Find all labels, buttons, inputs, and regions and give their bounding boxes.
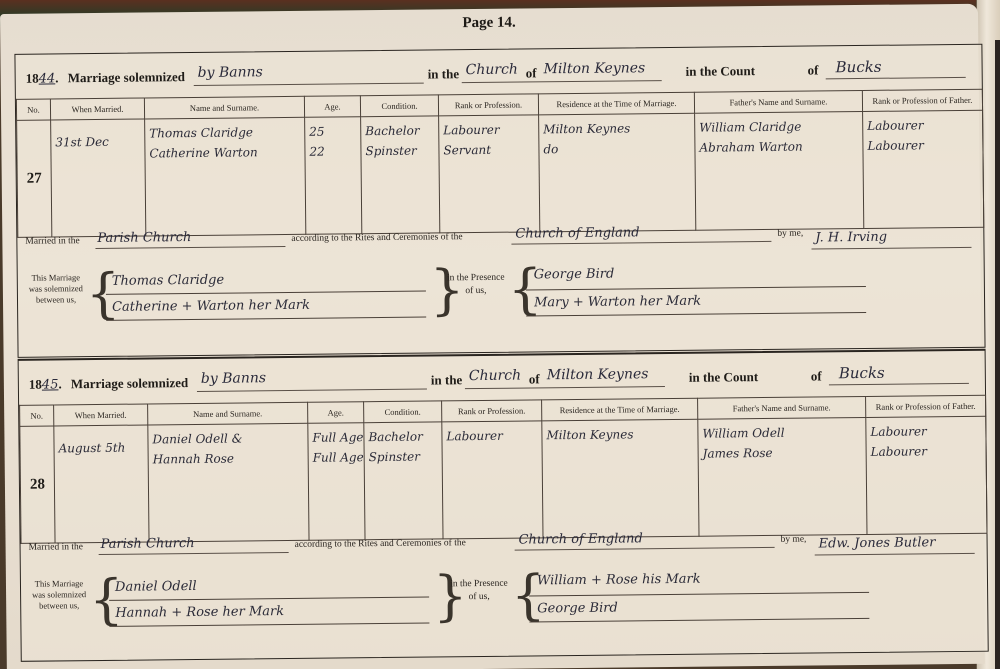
cell-line: Labourer (446, 425, 537, 446)
cell-line: William Odell (702, 422, 861, 444)
rites-of: Church of England (515, 225, 639, 241)
record-header: 1844. Marriage solemnized by Banns in th… (26, 57, 966, 93)
building: Church (466, 62, 518, 79)
cell-line: Labourer (867, 115, 978, 136)
label-by-me: by me, (777, 229, 803, 239)
cell-line: Labourer (443, 119, 534, 140)
label-county: in the Count (686, 63, 756, 80)
officiant: Edw. Jones Butler (819, 535, 936, 551)
cell-line: Bachelor (368, 426, 437, 447)
label-of: of (526, 65, 537, 81)
cell-line: Labourer (871, 441, 982, 462)
column-header: Rank or Profession. (442, 400, 542, 422)
cell-line: Full Age (313, 447, 360, 467)
names: Daniel Odell &Hannah Rose (148, 423, 309, 542)
cell-line: do (543, 138, 690, 160)
column-header: No. (16, 99, 50, 120)
witness-signature: George Bird (534, 267, 615, 283)
cell-line: Full Age (312, 427, 359, 447)
parish: Milton Keynes (547, 366, 649, 383)
column-header: Name and Surname. (144, 96, 304, 119)
cell-line: Milton Keynes (546, 424, 693, 446)
label-married-in: Married in the (29, 542, 83, 553)
fathers: William ClaridgeAbraham Warton (695, 111, 864, 230)
column-header: Age. (308, 402, 364, 424)
cell-line: Abraham Warton (699, 136, 858, 158)
cell-line: Thomas Claridge (149, 122, 300, 144)
party-signature: Catherine + Warton her Mark (112, 298, 310, 315)
fathers: William OdellJames Rose (698, 417, 867, 536)
married-in: Parish Church (100, 536, 194, 552)
cell-line: Bachelor (365, 120, 434, 141)
rites-of: Church of England (518, 531, 642, 547)
label-in-the: in the (428, 66, 460, 82)
party-signature: Daniel Odell (115, 579, 197, 595)
label-county-of: of (811, 368, 822, 384)
cell-line: Spinster (365, 140, 434, 161)
marriage-record-28: 1845. Marriage solemnized by Banns in th… (18, 349, 989, 662)
label-solemnized: Marriage solemnized (71, 375, 188, 392)
label-county: in the Count (689, 369, 759, 386)
table-row: 28 August 5th Daniel Odell &Hannah Rose … (20, 416, 987, 543)
cell-line: Milton Keynes (543, 118, 690, 140)
label-this-marriage: This Marriage was solemnized between us, (29, 578, 89, 612)
year: 1844. (26, 70, 59, 86)
witness-signature: George Bird (537, 601, 618, 617)
father-ranks: LabourerLabourer (863, 110, 984, 228)
solemnized-by: by Banns (201, 370, 266, 387)
cell-line: 25 (309, 121, 356, 141)
label-according-to: according to the Rites and Ceremonies of… (291, 232, 462, 244)
register-page: Page 14. 1844. Marriage solemnized by Ba… (0, 4, 985, 669)
label-in-presence: in the Presence of us, (446, 272, 506, 299)
county: Bucks (836, 58, 882, 76)
parish: Milton Keynes (544, 60, 646, 77)
names: Thomas ClaridgeCatherine Warton (145, 117, 306, 236)
ages: 2522 (305, 117, 362, 235)
column-header: When Married. (50, 98, 144, 120)
county: Bucks (839, 364, 885, 382)
column-header: Rank or Profession. (438, 94, 538, 116)
column-header: Condition. (360, 95, 438, 117)
year: 1845. (29, 376, 62, 392)
ranks: LabourerServant (439, 115, 540, 233)
conditions: BachelorSpinster (364, 422, 443, 540)
column-header: Residence at the Time of Marriage. (538, 92, 694, 115)
table-row: 27 31st Dec Thomas ClaridgeCatherine War… (17, 110, 984, 237)
residences: Milton Keynes (542, 419, 699, 538)
label-in-presence: in the Presence of us, (449, 578, 509, 605)
column-header: Condition. (364, 401, 442, 423)
cell-line: Servant (443, 139, 534, 160)
cell-line: Catherine Warton (149, 142, 300, 164)
cell-line: Labourer (867, 135, 978, 156)
column-header: When Married. (54, 404, 148, 426)
column-header: Rank or Profession of Father. (862, 89, 982, 111)
father-ranks: LabourerLabourer (866, 416, 987, 534)
label-according-to: according to the Rites and Ceremonies of… (295, 538, 466, 550)
married-in: Parish Church (97, 230, 191, 246)
label-married-in: Married in the (25, 236, 79, 247)
label-in-the: in the (431, 372, 463, 388)
signatures: This Marriage was solemnized between us,… (26, 259, 977, 339)
cell-line: William Claridge (699, 116, 858, 138)
witness-signature: Mary + Warton her Mark (534, 294, 701, 311)
page-title: Page 14. (0, 10, 978, 37)
label-of: of (529, 371, 540, 387)
entry-number: 27 (17, 120, 52, 237)
solemnized-by: by Banns (198, 64, 263, 81)
conditions: BachelorSpinster (361, 116, 440, 234)
label-this-marriage: This Marriage was solemnized between us, (26, 272, 86, 306)
label-county-of: of (808, 62, 819, 78)
register-table: No.When Married.Name and Surname.Age.Con… (19, 395, 987, 544)
residences: Milton Keynesdo (539, 113, 696, 232)
entry-number: 28 (20, 426, 55, 543)
signatures: This Marriage was solemnized between us,… (29, 565, 980, 645)
column-header: Age. (304, 96, 360, 118)
ages: Full AgeFull Age (308, 423, 365, 541)
officiant: J. H. Irving (815, 230, 887, 246)
cell-line: 22 (309, 141, 356, 161)
cell-line: Labourer (870, 421, 981, 442)
record-header: 1845. Marriage solemnized by Banns in th… (29, 363, 969, 399)
column-header: No. (20, 405, 54, 426)
label-by-me: by me, (780, 535, 806, 545)
ranks: Labourer (442, 421, 543, 539)
column-header: Residence at the Time of Marriage. (542, 398, 698, 421)
label-solemnized: Marriage solemnized (68, 69, 185, 86)
witness-signature: William + Rose his Mark (537, 572, 701, 589)
column-header: Name and Surname. (148, 402, 308, 425)
when-married: 31st Dec (51, 119, 146, 237)
party-signature: Thomas Claridge (112, 273, 224, 289)
marriage-record-27: 1844. Marriage solemnized by Banns in th… (14, 44, 985, 358)
cell-line: Daniel Odell & (152, 428, 303, 450)
column-header: Father's Name and Surname. (698, 396, 866, 419)
cell-line: Spinster (369, 446, 438, 467)
column-header: Rank or Profession of Father. (866, 395, 986, 417)
building: Church (469, 368, 521, 385)
cell-line: James Rose (703, 442, 862, 464)
party-signature: Hannah + Rose her Mark (115, 604, 284, 621)
column-header: Father's Name and Surname. (694, 90, 862, 113)
when-married: August 5th (54, 425, 149, 543)
register-table: No.When Married.Name and Surname.Age.Con… (16, 89, 984, 238)
cell-line: Hannah Rose (153, 448, 304, 470)
